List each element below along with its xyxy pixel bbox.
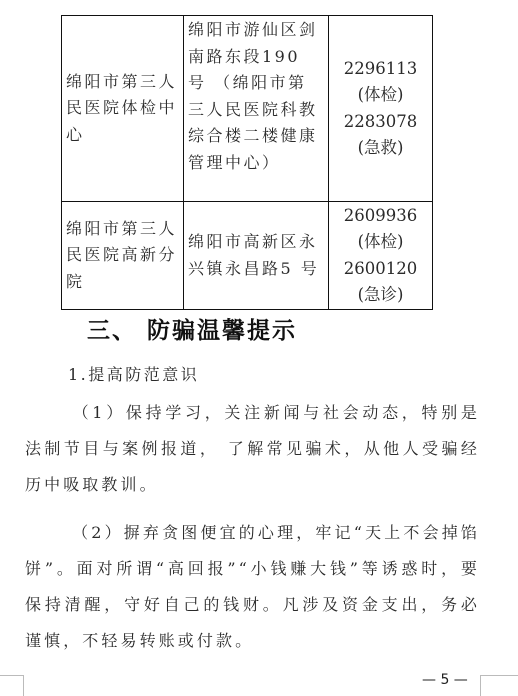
phone-number: 2609936 [333,203,428,230]
page-corner-mark-left [0,675,24,696]
phone-label: (体检) [333,82,428,109]
hospital-address-cell: 绵阳市高新区永兴镇永昌路5 号 [184,202,329,310]
subheading: 1.提高防范意识 [68,362,199,385]
hospital-name-cell: 绵阳市第三人民医院体检中心 [62,16,184,202]
phone-number: 2296113 [333,56,428,83]
phone-label: (体检) [333,229,428,256]
paragraph-text: （2）摒弃贪图便宜的心理，牢记“天上不会掉馅饼”。面对所谓“高回报”“小钱赚大钱… [25,523,480,650]
phone-number: 2283078 [333,109,428,136]
phone-label: (急救) [333,135,428,162]
hospital-contact-table: 绵阳市第三人民医院体检中心 绵阳市游仙区剑南路东段190 号 （绵阳市第三人民医… [61,15,433,310]
paragraph-2: （2）摒弃贪图便宜的心理，牢记“天上不会掉馅饼”。面对所谓“高回报”“小钱赚大钱… [25,515,480,659]
table-row: 绵阳市第三人民医院体检中心 绵阳市游仙区剑南路东段190 号 （绵阳市第三人民医… [62,16,433,202]
hospital-address-cell: 绵阳市游仙区剑南路东段190 号 （绵阳市第三人民医院科教综合楼二楼健康管理中心… [184,16,329,202]
hospital-phone-cell: 2609936 (体检) 2600120 (急诊) [329,202,433,310]
hospital-phone-cell: 2296113 (体检) 2283078 (急救) [329,16,433,202]
phone-label: (急诊) [333,282,428,309]
page-corner-mark-right [480,675,518,696]
paragraph-1: （1）保持学习，关注新闻与社会动态，特别是法制节目与案例报道， 了解常见骗术，从… [25,395,480,503]
table-row: 绵阳市第三人民医院高新分院 绵阳市高新区永兴镇永昌路5 号 2609936 (体… [62,202,433,310]
paragraph-text: （1）保持学习，关注新闻与社会动态，特别是法制节目与案例报道， 了解常见骗术，从… [25,403,480,494]
phone-number: 2600120 [333,256,428,283]
section-heading: 三、 防骗温馨提示 [87,312,297,345]
hospital-name-cell: 绵阳市第三人民医院高新分院 [62,202,184,310]
page-number: — 5 — [422,672,468,688]
